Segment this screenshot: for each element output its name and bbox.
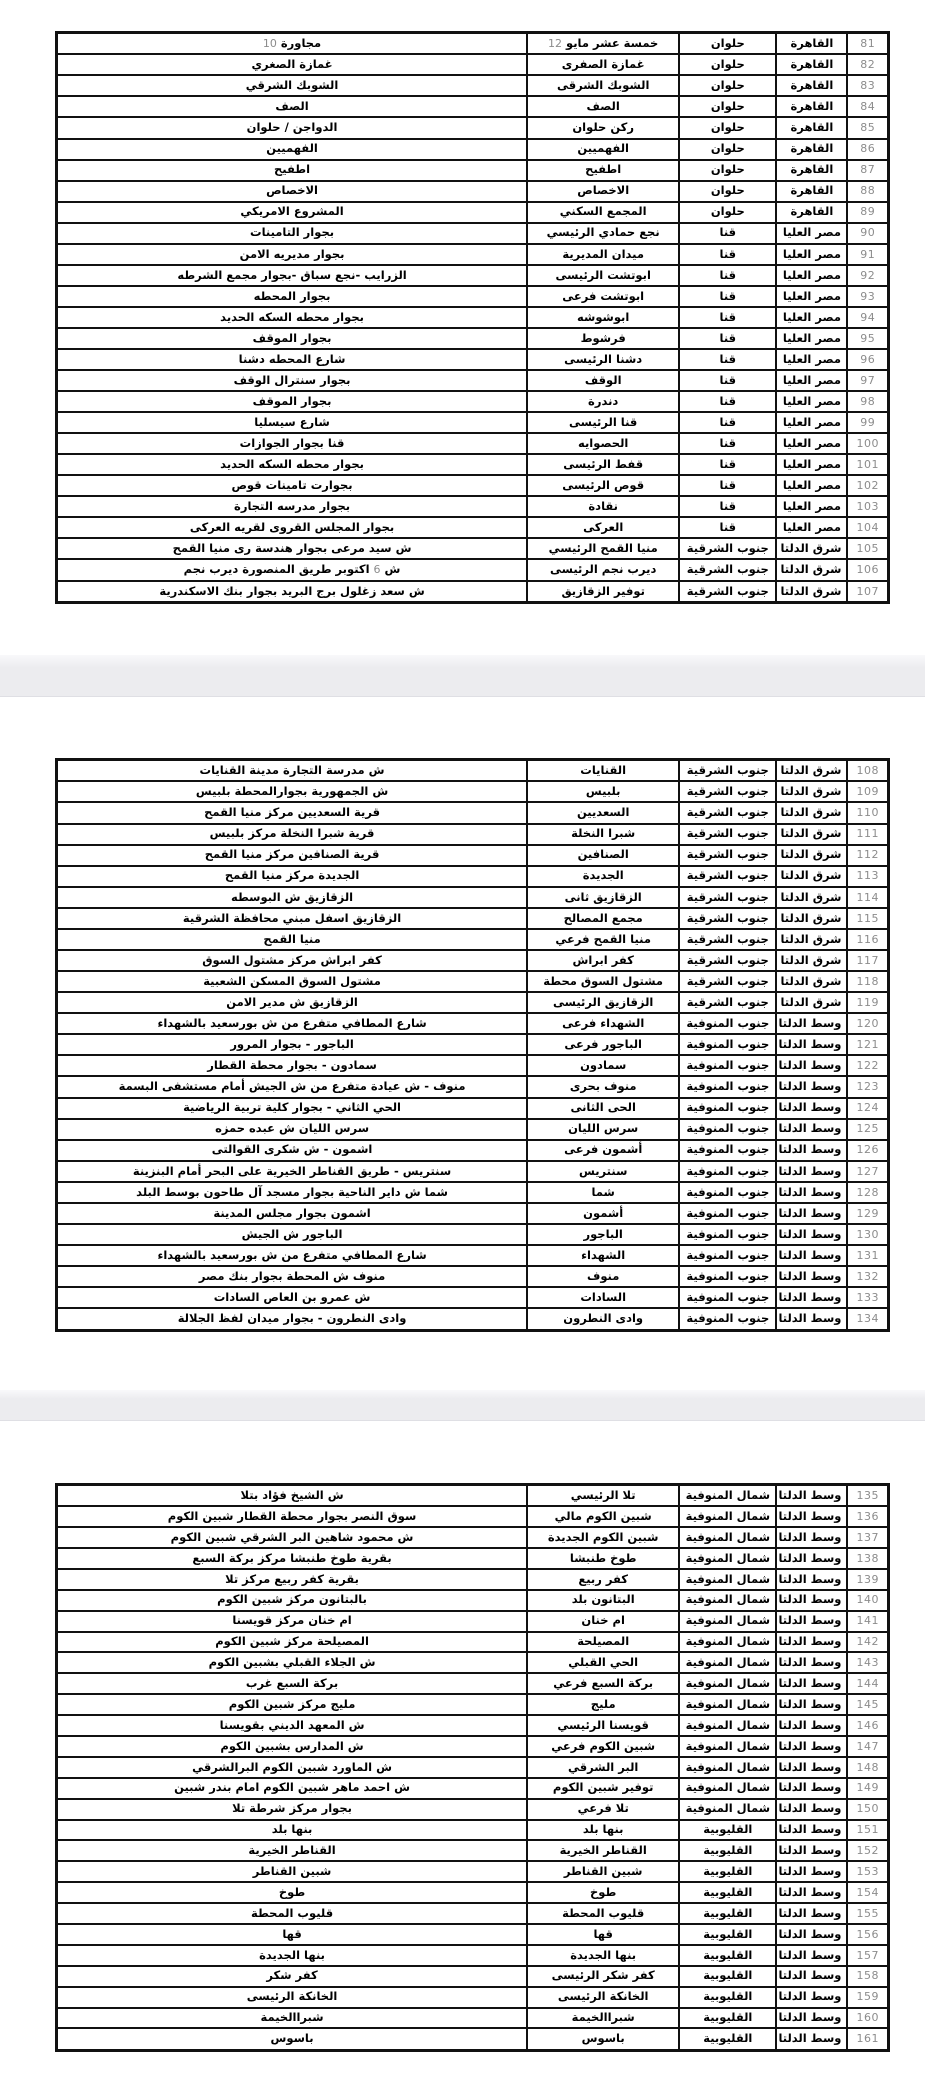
cell-branch: تلا فرعي <box>527 1799 679 1820</box>
cell-row-number: 106 <box>847 559 888 580</box>
cell-branch: القنايات <box>527 760 679 782</box>
cell-zone: القليوبية <box>679 1840 776 1861</box>
cell-row-number: 149 <box>847 1778 888 1799</box>
table-row: 139وسط الدلتاشمال المنوفيةكفر ربيعبقرية … <box>57 1569 889 1590</box>
table-row: 92مصر العلياقناابوتشت الرئيسىالزرايب -نج… <box>57 265 889 286</box>
cell-branch: قويسنا الرئيسي <box>527 1715 679 1736</box>
table-row: 143وسط الدلتاشمال المنوفيةالحي القبليش ا… <box>57 1652 889 1673</box>
cell-address: سمادون - بجوار محطة القطار <box>57 1055 528 1076</box>
cell-row-number: 105 <box>847 538 888 559</box>
cell-address: اشمون - ش شكرى القوالتى <box>57 1140 528 1161</box>
cell-zone: قنا <box>679 265 776 286</box>
latin-digits: 114 <box>856 891 879 904</box>
cell-row-number: 147 <box>847 1736 888 1757</box>
cell-row-number: 115 <box>847 908 888 929</box>
cell-region: وسط الدلتا <box>776 1757 847 1778</box>
cell-region: وسط الدلتا <box>776 1506 847 1527</box>
latin-digits: 122 <box>856 1059 879 1072</box>
cell-branch: ام خنان <box>527 1611 679 1632</box>
cell-branch: الشهداء <box>527 1245 679 1266</box>
table-row: 114شرق الدلتاجنوب الشرقيةالزقازيق ثانىال… <box>57 887 889 908</box>
cell-zone: حلوان <box>679 96 776 117</box>
cell-address: قنا بجوار الجوازات <box>57 433 528 454</box>
cell-address: بجوار المحطه <box>57 286 528 307</box>
cell-address: بركة السبع غرب <box>57 1673 528 1694</box>
cell-row-number: 117 <box>847 950 888 971</box>
cell-branch: سمادون <box>527 1055 679 1076</box>
cell-address: ش الجمهورية بجوارالمحطة بلبيس <box>57 781 528 802</box>
cell-row-number: 111 <box>847 824 888 845</box>
table-row: 123وسط الدلتاجنوب المنوفيةمنوف بحرىمنوف … <box>57 1076 889 1097</box>
latin-digits: 146 <box>856 1719 879 1732</box>
latin-digits: 157 <box>856 1949 879 1962</box>
cell-zone: شمال المنوفية <box>679 1799 776 1820</box>
cell-region: وسط الدلتا <box>776 1799 847 1820</box>
cell-branch: أشمون <box>527 1203 679 1224</box>
table-row: 117شرق الدلتاجنوب الشرقيةكفر ابراشكفر اب… <box>57 950 889 971</box>
latin-digits: 97 <box>860 374 875 387</box>
cell-region: وسط الدلتا <box>776 1882 847 1903</box>
cell-branch: بنها الجديدة <box>527 1945 679 1966</box>
cell-row-number: 109 <box>847 781 888 802</box>
table-row: 111شرق الدلتاجنوب الشرقيةشبرا النخلةقرية… <box>57 824 889 845</box>
cell-zone: قنا <box>679 412 776 433</box>
cell-branch: دشنا الرئيسى <box>527 349 679 370</box>
cell-zone: القليوبية <box>679 2028 776 2050</box>
latin-digits: 154 <box>856 1886 879 1899</box>
cell-address: منيا القمح <box>57 929 528 950</box>
cell-branch: تلا الرئيسي <box>527 1485 679 1507</box>
latin-digits: 119 <box>856 996 879 1009</box>
cell-zone: قنا <box>679 286 776 307</box>
cell-zone: قنا <box>679 349 776 370</box>
cell-region: القاهرة <box>776 54 847 75</box>
cell-address: بقرية كفر ربيع مركز تلا <box>57 1569 528 1590</box>
latin-digits: 117 <box>856 954 879 967</box>
latin-digits: 112 <box>856 848 879 861</box>
cell-row-number: 141 <box>847 1611 888 1632</box>
cell-address: وادى النطرون - بجوار ميدان لفظ الجلالة <box>57 1308 528 1330</box>
cell-branch: قليوب المحطة <box>527 1903 679 1924</box>
cell-address: شبراالخيمة <box>57 2008 528 2029</box>
cell-branch: الوقف <box>527 370 679 391</box>
cell-address: الباجور ش الجيش <box>57 1224 528 1245</box>
table-row: 141وسط الدلتاشمال المنوفيةام خنانام خنان… <box>57 1611 889 1632</box>
cell-address: منوف ش المحطة بجوار بنك مصر <box>57 1266 528 1287</box>
cell-region: وسط الدلتا <box>776 1590 847 1611</box>
table-row: 88القاهرةحلوانالاخصاصالاخصاص <box>57 181 889 202</box>
cell-branch: منيا القمح الرئيسي <box>527 538 679 559</box>
cell-row-number: 152 <box>847 1840 888 1861</box>
table-row: 126وسط الدلتاجنوب المنوفيةأشمون فرعىاشمو… <box>57 1140 889 1161</box>
cell-row-number: 158 <box>847 1966 888 1987</box>
latin-digits: 138 <box>856 1552 879 1565</box>
cell-address: بجوار سنترال الوقف <box>57 370 528 391</box>
latin-digits: 102 <box>856 479 879 492</box>
cell-row-number: 89 <box>847 202 888 223</box>
cell-branch: شبين الكوم مالي <box>527 1506 679 1527</box>
cell-address: طوخ <box>57 1882 528 1903</box>
cell-row-number: 94 <box>847 307 888 328</box>
cell-zone: جنوب الشرقية <box>679 824 776 845</box>
cell-row-number: 150 <box>847 1799 888 1820</box>
latin-digits: 128 <box>856 1186 879 1199</box>
cell-branch: بنها بلد <box>527 1820 679 1841</box>
latin-digits: 100 <box>856 437 879 450</box>
page-separator <box>0 1390 925 1421</box>
latin-digits: 124 <box>856 1101 879 1114</box>
cell-region: شرق الدلتا <box>776 866 847 887</box>
latin-digits: 127 <box>856 1165 879 1178</box>
cell-branch: كفر شكر الرئيسى <box>527 1966 679 1987</box>
cell-address: ش الشيخ فؤاد بتلا <box>57 1485 528 1507</box>
cell-region: وسط الدلتا <box>776 1098 847 1119</box>
cell-region: القاهرة <box>776 33 847 55</box>
table-row: 130وسط الدلتاجنوب المنوفيةالباجورالباجور… <box>57 1224 889 1245</box>
cell-address: كفر ابراش مركز مشتول السوق <box>57 950 528 971</box>
cell-region: مصر العليا <box>776 370 847 391</box>
latin-digits: 151 <box>856 1823 879 1836</box>
latin-digits: 103 <box>856 500 879 513</box>
cell-row-number: 155 <box>847 1903 888 1924</box>
cell-branch: الحى الثانى <box>527 1098 679 1119</box>
cell-zone: القليوبية <box>679 1987 776 2008</box>
latin-digits: 153 <box>856 1865 879 1878</box>
cell-region: وسط الدلتا <box>776 1548 847 1569</box>
latin-digits: 143 <box>856 1656 879 1669</box>
table-row: 154وسط الدلتاالقليوبيةطوخطوخ <box>57 1882 889 1903</box>
table-row: 102مصر العلياقناقوص الرئيسىبجوارت تامينا… <box>57 475 889 496</box>
cell-zone: قنا <box>679 328 776 349</box>
cell-address: قها <box>57 1924 528 1945</box>
cell-branch: شبين الكوم الجديدة <box>527 1527 679 1548</box>
cell-region: وسط الدلتا <box>776 2008 847 2029</box>
cell-branch: سرس الليان <box>527 1119 679 1140</box>
cell-branch: منوف بحرى <box>527 1076 679 1097</box>
table-row: 112شرق الدلتاجنوب الشرقيةالصنافينقرية ال… <box>57 845 889 866</box>
latin-digits: 101 <box>856 458 879 471</box>
table-row: 160وسط الدلتاالقليوبيةشبراالخيمةشبراالخي… <box>57 2008 889 2029</box>
cell-row-number: 83 <box>847 75 888 96</box>
cell-region: القاهرة <box>776 75 847 96</box>
cell-row-number: 159 <box>847 1987 888 2008</box>
table-row: 91مصر العلياقناميدان المديريةبجوار مديري… <box>57 244 889 265</box>
cell-branch: الشوبك الشرقى <box>527 75 679 96</box>
latin-digits: 150 <box>856 1802 879 1815</box>
table-row: 159وسط الدلتاالقليوبيةالخانكة الرئيسىالخ… <box>57 1987 889 2008</box>
cell-zone: قنا <box>679 370 776 391</box>
cell-branch: وادى النطرون <box>527 1308 679 1330</box>
table-row: 137وسط الدلتاشمال المنوفيةشبين الكوم الج… <box>57 1527 889 1548</box>
cell-address: ش سعد زغلول برج البريد بجوار بنك الاسكند… <box>57 581 528 603</box>
cell-branch: نجع حمادي الرئيسي <box>527 223 679 244</box>
table-row: 110شرق الدلتاجنوب الشرقيةالسعديينقرية ال… <box>57 802 889 823</box>
cell-branch: بركة السبع فرعي <box>527 1673 679 1694</box>
table-row: 120وسط الدلتاجنوب المنوفيةالشهداء فرعىشا… <box>57 1013 889 1034</box>
latin-digits: 120 <box>856 1017 879 1030</box>
table-row: 100مصر العلياقناالحصوايهقنا بجوار الجواز… <box>57 433 889 454</box>
cell-branch: باسوس <box>527 2028 679 2050</box>
table-row: 108شرق الدلتاجنوب الشرقيةالقناياتش مدرسة… <box>57 760 889 782</box>
cell-row-number: 142 <box>847 1632 888 1653</box>
cell-region: شرق الدلتا <box>776 824 847 845</box>
cell-region: وسط الدلتا <box>776 1055 847 1076</box>
cell-address: ش الماورد شبين الكوم البرالشرقي <box>57 1757 528 1778</box>
table-row: 89القاهرةحلوانالمجمع السكنيالمشروع الامر… <box>57 202 889 223</box>
cell-region: مصر العليا <box>776 433 847 454</box>
cell-address: الصف <box>57 96 528 117</box>
cell-zone: جنوب الشرقية <box>679 538 776 559</box>
table-row: 94مصر العلياقناابوشوشهبجوار محطه السكه ا… <box>57 307 889 328</box>
cell-address: الفهميين <box>57 139 528 160</box>
latin-digits: 85 <box>860 121 875 134</box>
cell-zone: القليوبية <box>679 1861 776 1882</box>
cell-zone: شمال المنوفية <box>679 1673 776 1694</box>
cell-region: القاهرة <box>776 181 847 202</box>
cell-branch: ميدان المديرية <box>527 244 679 265</box>
cell-zone: جنوب الشرقية <box>679 971 776 992</box>
cell-region: شرق الدلتا <box>776 802 847 823</box>
cell-branch: كفر ربيع <box>527 1569 679 1590</box>
latin-digits: 82 <box>860 58 875 71</box>
cell-branch: قنا الرئيسى <box>527 412 679 433</box>
latin-digits: 118 <box>856 975 879 988</box>
cell-address: الخانكة الرئيسى <box>57 1987 528 2008</box>
cell-zone: القليوبية <box>679 1820 776 1841</box>
cell-region: القاهرة <box>776 139 847 160</box>
latin-digits: 121 <box>856 1038 879 1051</box>
cell-row-number: 97 <box>847 370 888 391</box>
cell-address: شارع المطافي متفرع من ش بورسعيد بالشهداء <box>57 1245 528 1266</box>
branch-table-page-1: 81القاهرةحلوانخمسة عشر مايو 12مجاورة 108… <box>55 31 890 604</box>
cell-region: شرق الدلتا <box>776 581 847 603</box>
table-row: 133وسط الدلتاجنوب المنوفيةالساداتش عمرو … <box>57 1287 889 1308</box>
cell-row-number: 151 <box>847 1820 888 1841</box>
table-row: 144وسط الدلتاشمال المنوفيةبركة السبع فرع… <box>57 1673 889 1694</box>
cell-address: اطفيح <box>57 160 528 181</box>
cell-region: شرق الدلتا <box>776 992 847 1013</box>
cell-region: وسط الدلتا <box>776 1203 847 1224</box>
cell-zone: جنوب الشرقية <box>679 887 776 908</box>
cell-row-number: 99 <box>847 412 888 433</box>
cell-address: قرية السعديين مركز منيا القمح <box>57 802 528 823</box>
table-row: 135وسط الدلتاشمال المنوفيةتلا الرئيسيش ا… <box>57 1485 889 1507</box>
cell-branch: الباجور فرعى <box>527 1034 679 1055</box>
table-row: 158وسط الدلتاالقليوبيةكفر شكر الرئيسىكفر… <box>57 1966 889 1987</box>
cell-branch: الزقازيق ثانى <box>527 887 679 908</box>
cell-region: وسط الدلتا <box>776 1245 847 1266</box>
cell-region: القاهرة <box>776 202 847 223</box>
cell-region: وسط الدلتا <box>776 1840 847 1861</box>
table-row: 150وسط الدلتاشمال المنوفيةتلا فرعيبجوار … <box>57 1799 889 1820</box>
cell-zone: قنا <box>679 454 776 475</box>
cell-row-number: 119 <box>847 992 888 1013</box>
cell-address: بجوار الموقف <box>57 391 528 412</box>
cell-zone: شمال المنوفية <box>679 1485 776 1507</box>
latin-digits: 148 <box>856 1761 879 1774</box>
cell-address: القناطر الخيرية <box>57 1840 528 1861</box>
table-row: 101مصر العلياقناقفط الرئيسىبجوار محطه ال… <box>57 454 889 475</box>
cell-branch: الصف <box>527 96 679 117</box>
cell-region: وسط الدلتا <box>776 1694 847 1715</box>
cell-branch: منيا القمح فرعي <box>527 929 679 950</box>
latin-digits: 130 <box>856 1228 879 1241</box>
cell-region: شرق الدلتا <box>776 760 847 782</box>
cell-region: شرق الدلتا <box>776 929 847 950</box>
cell-row-number: 84 <box>847 96 888 117</box>
cell-row-number: 136 <box>847 1506 888 1527</box>
cell-row-number: 92 <box>847 265 888 286</box>
cell-region: وسط الدلتا <box>776 1182 847 1203</box>
cell-region: مصر العليا <box>776 307 847 328</box>
latin-digits: 133 <box>856 1291 879 1304</box>
cell-row-number: 121 <box>847 1034 888 1055</box>
cell-address: المشروع الامريكي <box>57 202 528 223</box>
cell-address: الشوبك الشرقي <box>57 75 528 96</box>
latin-digits: 94 <box>860 311 875 324</box>
latin-digits: 92 <box>860 269 875 282</box>
branch-table-page-2: 108شرق الدلتاجنوب الشرقيةالقناياتش مدرسة… <box>55 758 890 1332</box>
cell-row-number: 88 <box>847 181 888 202</box>
table-row: 106شرق الدلتاجنوب الشرقيةديرب نجم الرئيس… <box>57 559 889 580</box>
cell-row-number: 116 <box>847 929 888 950</box>
cell-branch: قوص الرئيسى <box>527 475 679 496</box>
cell-region: وسط الدلتا <box>776 1966 847 1987</box>
cell-address: قرية شبرا النخلة مركز بلبيس <box>57 824 528 845</box>
cell-branch: قفط الرئيسى <box>527 454 679 475</box>
cell-address: ش الجلاء القبلي بشبين الكوم <box>57 1652 528 1673</box>
cell-zone: حلوان <box>679 117 776 138</box>
cell-zone: جنوب المنوفية <box>679 1140 776 1161</box>
cell-zone: شمال المنوفية <box>679 1757 776 1778</box>
table-row: 151وسط الدلتاالقليوبيةبنها بلدبنها بلد <box>57 1820 889 1841</box>
table-row: 87القاهرةحلواناطفيحاطفيح <box>57 160 889 181</box>
cell-row-number: 104 <box>847 517 888 538</box>
cell-row-number: 125 <box>847 1119 888 1140</box>
table-row: 146وسط الدلتاشمال المنوفيةقويسنا الرئيسي… <box>57 1715 889 1736</box>
cell-row-number: 118 <box>847 971 888 992</box>
table-row: 140وسط الدلتاشمال المنوفيةالبتانون بلدبا… <box>57 1590 889 1611</box>
cell-address: بالبتانون مركز شبين الكوم <box>57 1590 528 1611</box>
cell-zone: جنوب الشرقية <box>679 845 776 866</box>
latin-digits: 140 <box>856 1593 879 1606</box>
latin-digits: 160 <box>856 2011 879 2024</box>
branch-table-page-3: 135وسط الدلتاشمال المنوفيةتلا الرئيسيش ا… <box>55 1483 890 2052</box>
latin-digits: 152 <box>856 1844 879 1857</box>
cell-row-number: 82 <box>847 54 888 75</box>
cell-address: شارع سيسليا <box>57 412 528 433</box>
latin-digits: 12 <box>548 37 562 50</box>
cell-address: ش محمود شاهين البر الشرقي شبين الكوم <box>57 1527 528 1548</box>
cell-zone: شمال المنوفية <box>679 1652 776 1673</box>
table-row: 157وسط الدلتاالقليوبيةبنها الجديدةبنها ا… <box>57 1945 889 1966</box>
latin-digits: 129 <box>856 1207 879 1220</box>
cell-branch: دندرة <box>527 391 679 412</box>
cell-zone: جنوب الشرقية <box>679 866 776 887</box>
cell-zone: شمال المنوفية <box>679 1736 776 1757</box>
cell-region: وسط الدلتا <box>776 1778 847 1799</box>
cell-branch: السعديين <box>527 802 679 823</box>
cell-region: شرق الدلتا <box>776 950 847 971</box>
latin-digits: 93 <box>860 290 875 303</box>
cell-zone: قنا <box>679 391 776 412</box>
cell-region: وسط الدلتا <box>776 1924 847 1945</box>
cell-address: بجوار مدرسه التجارة <box>57 496 528 517</box>
cell-zone: جنوب الشرقية <box>679 950 776 971</box>
table-row: 152وسط الدلتاالقليوبيةالقناطر الخيريةالق… <box>57 1840 889 1861</box>
cell-row-number: 128 <box>847 1182 888 1203</box>
cell-branch: الصنافين <box>527 845 679 866</box>
cell-branch: قها <box>527 1924 679 1945</box>
cell-address: سوق النصر بجوار محطة القطار شبين الكوم <box>57 1506 528 1527</box>
cell-address: ش عمرو بن العاص السادات <box>57 1287 528 1308</box>
latin-digits: 144 <box>856 1677 879 1690</box>
cell-address: ش مدرسة التجارة مدينة القنايات <box>57 760 528 782</box>
cell-region: وسط الدلتا <box>776 1266 847 1287</box>
latin-digits: 109 <box>856 785 879 798</box>
cell-zone: جنوب الشرقية <box>679 802 776 823</box>
cell-branch: الاخصاص <box>527 181 679 202</box>
cell-address: بجوار مركز شرطة تلا <box>57 1799 528 1820</box>
latin-digits: 88 <box>860 184 875 197</box>
cell-zone: جنوب المنوفية <box>679 1308 776 1330</box>
cell-row-number: 86 <box>847 139 888 160</box>
cell-address: الزرايب -نجع سباق -بجوار مجمع الشرطه <box>57 265 528 286</box>
cell-region: وسط الدلتا <box>776 1673 847 1694</box>
cell-region: وسط الدلتا <box>776 1820 847 1841</box>
cell-zone: جنوب الشرقية <box>679 559 776 580</box>
cell-branch: العركى <box>527 517 679 538</box>
cell-row-number: 107 <box>847 581 888 603</box>
latin-digits: 105 <box>856 542 879 555</box>
cell-row-number: 157 <box>847 1945 888 1966</box>
table-row: 156وسط الدلتاالقليوبيةقهاقها <box>57 1924 889 1945</box>
cell-address: غمازة الصغري <box>57 54 528 75</box>
cell-address: بجوارت تامينات قوص <box>57 475 528 496</box>
cell-region: مصر العليا <box>776 412 847 433</box>
cell-branch: أشمون فرعى <box>527 1140 679 1161</box>
cell-address: الحي الثاني - بجوار كلية تربية الرياضية <box>57 1098 528 1119</box>
latin-digits: 115 <box>856 912 879 925</box>
cell-zone: شمال المنوفية <box>679 1506 776 1527</box>
table-row: 116شرق الدلتاجنوب الشرقيةمنيا القمح فرعي… <box>57 929 889 950</box>
cell-row-number: 122 <box>847 1055 888 1076</box>
cell-zone: شمال المنوفية <box>679 1527 776 1548</box>
cell-zone: جنوب الشرقية <box>679 908 776 929</box>
cell-zone: حلوان <box>679 139 776 160</box>
table-row: 148وسط الدلتاشمال المنوفيةالبر الشرقيش ا… <box>57 1757 889 1778</box>
cell-zone: جنوب المنوفية <box>679 1266 776 1287</box>
cell-row-number: 96 <box>847 349 888 370</box>
cell-zone: جنوب المنوفية <box>679 1034 776 1055</box>
cell-branch: منوف <box>527 1266 679 1287</box>
cell-address: الزقازيق اسفل مبني محافظة الشرقية <box>57 908 528 929</box>
cell-row-number: 130 <box>847 1224 888 1245</box>
latin-digits: 156 <box>856 1928 879 1941</box>
cell-address: بجوار الموقف <box>57 328 528 349</box>
cell-branch: نقادة <box>527 496 679 517</box>
cell-address: بجوار المجلس القروى لقريه العركى <box>57 517 528 538</box>
table-row: 99مصر العلياقناقنا الرئيسىشارع سيسليا <box>57 412 889 433</box>
latin-digits: 98 <box>860 395 875 408</box>
cell-branch: ابوتشت فرعى <box>527 286 679 307</box>
cell-branch: شبرا النخلة <box>527 824 679 845</box>
cell-row-number: 148 <box>847 1757 888 1778</box>
cell-region: وسط الدلتا <box>776 1861 847 1882</box>
cell-region: القاهرة <box>776 117 847 138</box>
cell-address: المصيلحة مركز شبين الكوم <box>57 1632 528 1653</box>
cell-region: مصر العليا <box>776 328 847 349</box>
